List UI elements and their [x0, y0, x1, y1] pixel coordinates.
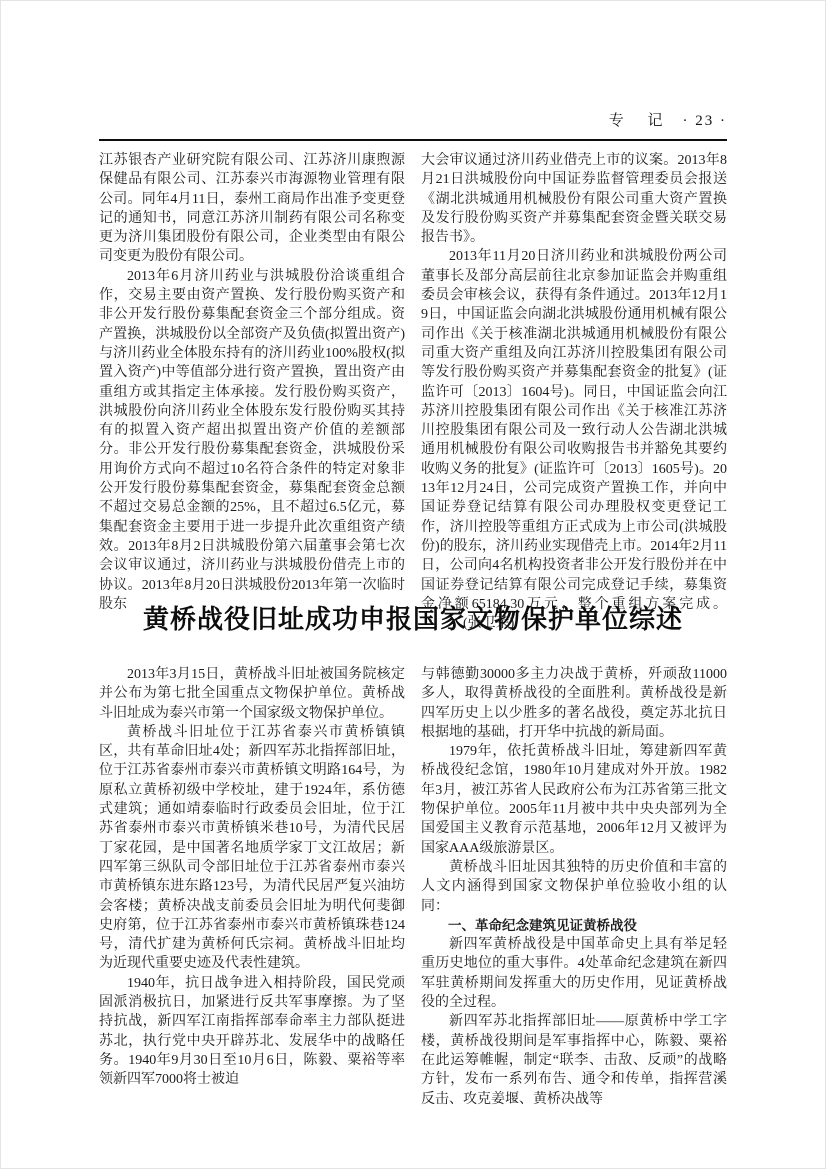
- paragraph: 新四军黄桥战役是中国革命史上具有举足轻重历史地位的重大事件。4处革命纪念建筑在新…: [421, 935, 727, 1012]
- running-head: 专 记· 23 ·: [99, 110, 727, 132]
- paragraph: 2013年6月济川药业与洪城股份洽谈重组合作，交易主要由资产置换、发行股份购买资…: [99, 267, 405, 614]
- paragraph: 黄桥战斗旧址位于江苏省泰兴市黄桥镇镇区，共有革命旧址4处；新四军苏北指挥部旧址，…: [99, 723, 405, 974]
- journal-page: 专 记· 23 · 江苏银杏产业研究院有限公司、江苏济川康煦源保健品有限公司、江…: [0, 0, 826, 1169]
- right-column: 与韩德勤30000多主力决战于黄桥，歼顽敌11000多人，取得黄桥战役的全面胜利…: [421, 665, 727, 1109]
- article-jichuan-continuation: 江苏银杏产业研究院有限公司、江苏济川康煦源保健品有限公司、江苏泰兴市海源物业管理…: [99, 151, 727, 633]
- paragraph: 1940年，抗日战争进入相持阶段，国民党顽固派消极抗日，加紧进行反共军事摩擦。为…: [99, 974, 405, 1090]
- right-column: 大会审议通过济川药业借壳上市的议案。2013年8月21日洪城股份向中国证券监督管…: [421, 151, 727, 633]
- paragraph: 与韩德勤30000多主力决战于黄桥，歼顽敌11000多人，取得黄桥战役的全面胜利…: [421, 665, 727, 742]
- article-title: 黄桥战役旧址成功申报国家文物保护单位综述: [99, 599, 727, 636]
- section-subheading: 一、革命纪念建筑见证黄桥战役: [421, 916, 727, 935]
- paragraph: 新四军苏北指挥部旧址——原黄桥中学工字楼，黄桥战役期间是军事指挥中心，陈毅、粟裕…: [421, 1012, 727, 1108]
- paragraph: 江苏银杏产业研究院有限公司、江苏济川康煦源保健品有限公司、江苏泰兴市海源物业管理…: [99, 151, 405, 267]
- paragraph: 1979年，依托黄桥战斗旧址，筹建新四军黄桥战役纪念馆，1980年10月建成对外…: [421, 742, 727, 858]
- left-column: 2013年3月15日，黄桥战斗旧址被国务院核定并公布为第七批全国重点文物保护单位…: [99, 665, 405, 1109]
- paragraph: 2013年11月20日济川药业和洪城股份两公司董事长及部分高层前往北京参加证监会…: [421, 247, 727, 633]
- page-number: · 23 ·: [683, 113, 728, 129]
- article-huangqiao: 2013年3月15日，黄桥战斗旧址被国务院核定并公布为第七批全国重点文物保护单位…: [99, 665, 727, 1109]
- paragraph: 大会审议通过济川药业借壳上市的议案。2013年8月21日洪城股份向中国证券监督管…: [421, 151, 727, 247]
- section-label: 专 记: [609, 113, 673, 129]
- paragraph: 黄桥战斗旧址因其独特的历史价值和丰富的人文内涵得到国家文物保护单位验收小组的认同…: [421, 858, 727, 916]
- left-column: 江苏银杏产业研究院有限公司、江苏济川康煦源保健品有限公司、江苏泰兴市海源物业管理…: [99, 151, 405, 633]
- paragraph-text: 2013年11月20日济川药业和洪城股份两公司董事长及部分高层前往北京参加证监会…: [421, 249, 727, 611]
- header-rule: [99, 139, 727, 141]
- paragraph: 2013年3月15日，黄桥战斗旧址被国务院核定并公布为第七批全国重点文物保护单位…: [99, 665, 405, 723]
